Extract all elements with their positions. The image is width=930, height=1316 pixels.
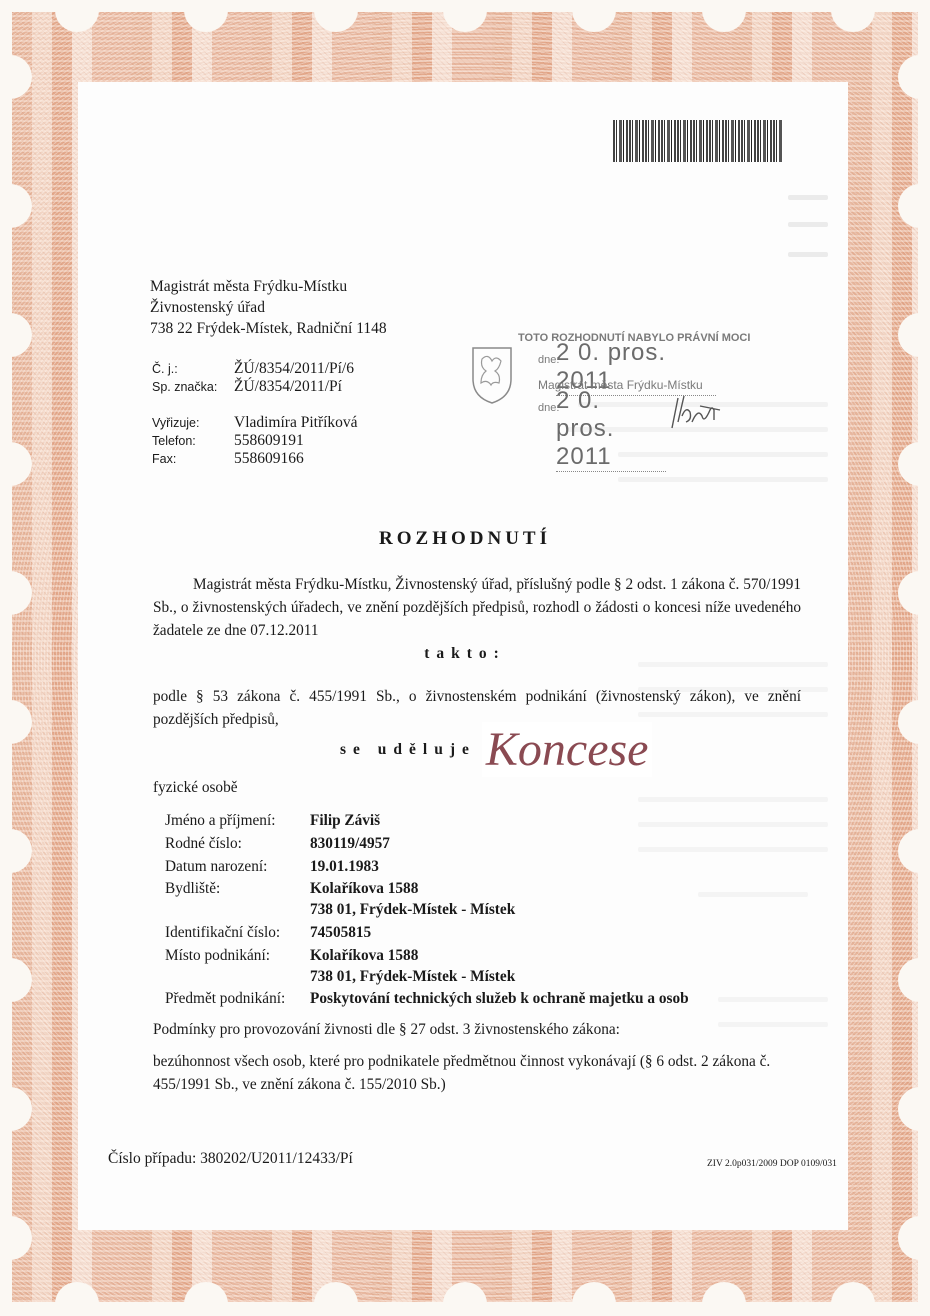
detail-value: 74505815 xyxy=(310,924,371,942)
phone-value: 558609191 xyxy=(234,432,304,450)
detail-value-line1: Kolaříkova 1588 xyxy=(310,880,515,898)
signature-icon xyxy=(664,392,724,432)
barcode-icon xyxy=(613,120,783,162)
detail-row: Identifikační číslo:74505815 xyxy=(165,924,371,942)
coat-of-arms-icon xyxy=(470,345,514,405)
takto-heading: takto: xyxy=(0,645,930,663)
detail-label: Rodné číslo: xyxy=(165,835,310,853)
detail-value: Kolaříkova 1588738 01, Frýdek-Místek - M… xyxy=(310,880,515,919)
detail-row: Datum narození:19.01.1983 xyxy=(165,858,379,876)
contact-phone: Telefon: 558609191 xyxy=(152,432,304,450)
detail-row: Jméno a příjmení:Filip Záviš xyxy=(165,812,380,830)
form-code: ZIV 2.0p031/2009 DOP 0109/031 xyxy=(707,1159,837,1169)
issuing-authority: Magistrát města Frýdku-Místku Živnostens… xyxy=(150,276,387,339)
detail-value-line1: Filip Záviš xyxy=(310,812,380,830)
koncese-heading: Koncese xyxy=(482,722,653,777)
conditions-heading: Podmínky pro provozování živnosti dle § … xyxy=(153,1018,801,1041)
spzn-label: Sp. značka: xyxy=(152,380,234,394)
detail-label: Bydliště: xyxy=(165,880,310,919)
detail-label: Předmět podnikání: xyxy=(165,990,310,1008)
detail-label: Identifikační číslo: xyxy=(165,924,310,942)
detail-value-line1: 74505815 xyxy=(310,924,371,942)
detail-row: Místo podnikání:Kolaříkova 1588738 01, F… xyxy=(165,947,515,986)
handler-value: Vladimíra Pitříková xyxy=(234,414,358,432)
authority-name: Magistrát města Frýdku-Místku xyxy=(150,276,387,297)
border-notches-top xyxy=(12,10,918,32)
grant-line: se uděluje Koncese xyxy=(340,722,652,777)
takto-text: takto: xyxy=(424,645,506,662)
contact-fax: Fax: 558609166 xyxy=(152,450,304,468)
case-number: Číslo případu: 380202/U2011/12433/Pí xyxy=(108,1150,353,1168)
recipient-type: fyzické osobě xyxy=(153,779,238,797)
detail-value-line1: Kolaříkova 1588 xyxy=(310,947,515,965)
fax-label: Fax: xyxy=(152,452,234,466)
detail-value-line1: 19.01.1983 xyxy=(310,858,379,876)
detail-label: Místo podnikání: xyxy=(165,947,310,986)
detail-value: Poskytování technických služeb k ochraně… xyxy=(310,990,689,1008)
phone-label: Telefon: xyxy=(152,434,234,448)
stamp-date2-value: 2 0. pros. 2011 xyxy=(556,387,666,472)
intro-paragraph: Magistrát města Frýdku-Místku, Živnosten… xyxy=(153,573,801,642)
border-notches-bottom xyxy=(12,1282,918,1304)
detail-label: Datum narození: xyxy=(165,858,310,876)
detail-value: Filip Záviš xyxy=(310,812,380,830)
detail-label: Jméno a příjmení: xyxy=(165,812,310,830)
detail-row: Předmět podnikání:Poskytování technickýc… xyxy=(165,990,689,1008)
conditions-text: bezúhonnost všech osob, které pro podnik… xyxy=(153,1050,801,1096)
detail-row: Rodné číslo:830119/4957 xyxy=(165,835,390,853)
cj-label: Č. j.: xyxy=(152,362,234,376)
authority-address: 738 22 Frýdek-Místek, Radniční 1148 xyxy=(150,318,387,339)
detail-value-line1: 830119/4957 xyxy=(310,835,390,853)
decision-title: ROZHODNUTÍ xyxy=(0,528,930,550)
fax-value: 558609166 xyxy=(234,450,304,468)
granted-text: se uděluje xyxy=(340,741,476,759)
spzn-value: ŽÚ/8354/2011/Pí xyxy=(234,378,342,396)
detail-value: 830119/4957 xyxy=(310,835,390,853)
reference-cj: Č. j.: ŽÚ/8354/2011/Pí/6 xyxy=(152,360,354,378)
detail-value: Kolaříkova 1588738 01, Frýdek-Místek - M… xyxy=(310,947,515,986)
cj-value: ŽÚ/8354/2011/Pí/6 xyxy=(234,360,354,378)
detail-value-line1: Poskytování technických služeb k ochraně… xyxy=(310,990,689,1008)
authority-department: Živnostenský úřad xyxy=(150,297,387,318)
detail-row: Bydliště:Kolaříkova 1588738 01, Frýdek-M… xyxy=(165,880,515,919)
detail-value-line2: 738 01, Frýdek-Místek - Místek xyxy=(310,968,515,986)
detail-value: 19.01.1983 xyxy=(310,858,379,876)
contact-handler: Vyřizuje: Vladimíra Pitříková xyxy=(152,414,358,432)
detail-value-line2: 738 01, Frýdek-Místek - Místek xyxy=(310,901,515,919)
handler-label: Vyřizuje: xyxy=(152,416,234,430)
reference-spzn: Sp. značka: ŽÚ/8354/2011/Pí xyxy=(152,378,342,396)
